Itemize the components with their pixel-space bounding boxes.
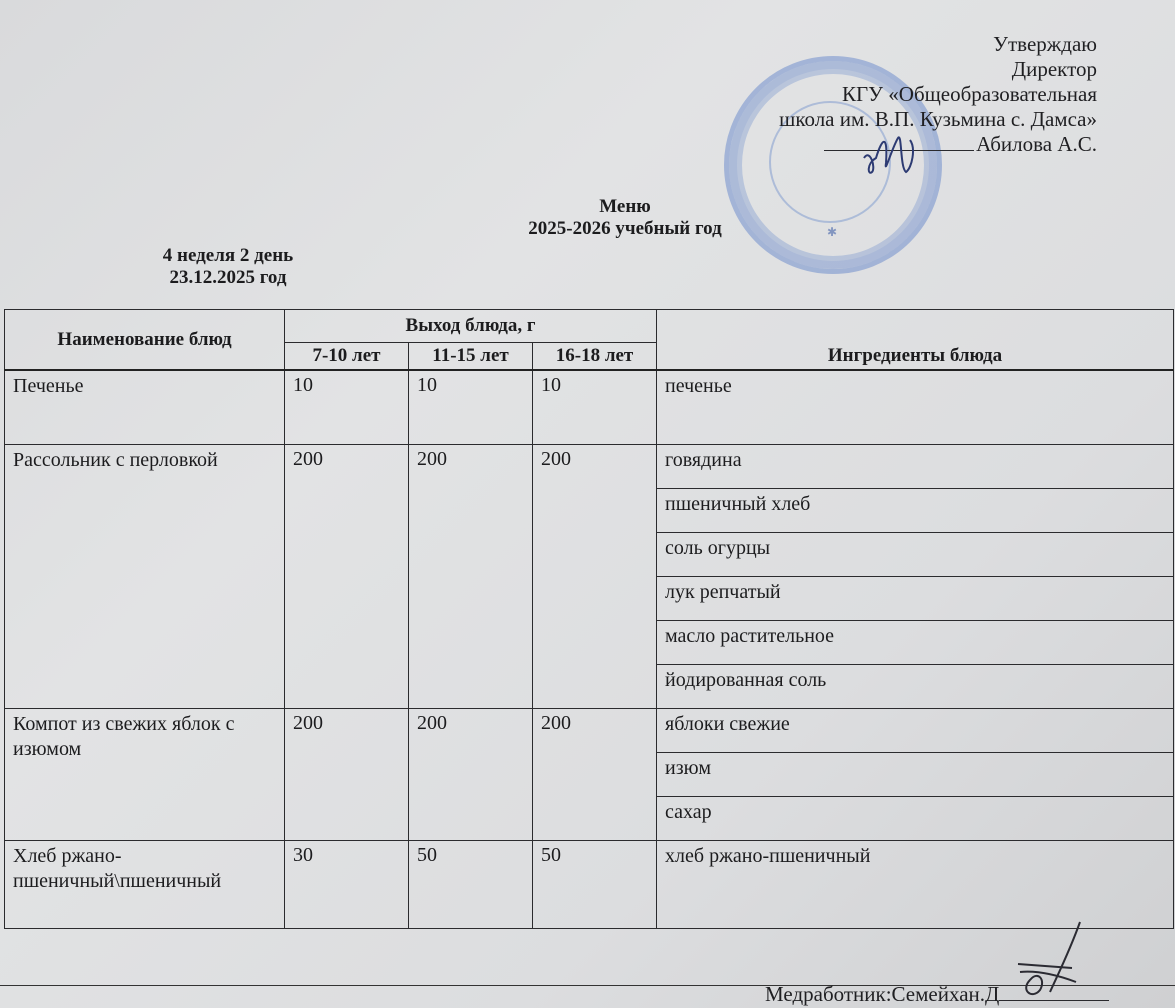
header-yield: Выход блюда, г <box>285 310 657 343</box>
approval-school: школа им. В.П. Кузьмина с. Дамса» <box>779 107 1097 132</box>
medic-signature-line <box>999 986 1109 1001</box>
dish-name: Рассольник с перловкой <box>5 445 285 709</box>
header-age-16-18: 16-18 лет <box>533 343 657 371</box>
ingredient-item: говядина <box>657 445 1174 489</box>
ingredient-item: пшеничный хлеб <box>657 489 1174 533</box>
medic-name: Медработник:Семейхан.Д <box>765 982 999 1006</box>
dish-name: Компот из свежих яблок с изюмом <box>5 709 285 841</box>
menu-date: 23.12.2025 год <box>112 267 344 289</box>
ingredient-item: яблоки свежие <box>657 709 1174 753</box>
week-day: 4 неделя 2 день <box>112 245 344 267</box>
header-dish: Наименование блюд <box>5 310 285 371</box>
yield-11-15: 10 <box>409 370 533 445</box>
yield-7-10: 30 <box>285 841 409 929</box>
academic-year: 2025-2026 учебный год <box>480 218 770 240</box>
yield-11-15: 200 <box>409 445 533 709</box>
dish-name: Печенье <box>5 370 285 445</box>
menu-heading: Меню <box>480 196 770 218</box>
director-signature <box>862 128 922 178</box>
document-title: Меню 2025-2026 учебный год <box>480 196 770 240</box>
yield-7-10: 200 <box>285 445 409 709</box>
approval-block: Утверждаю Директор КГУ «Общеобразователь… <box>779 32 1097 157</box>
table-row: Печенье101010печенье <box>5 370 1174 445</box>
approval-line2: Директор <box>779 57 1097 82</box>
yield-16-18: 50 <box>533 841 657 929</box>
day-info: 4 неделя 2 день 23.12.2025 год <box>112 245 344 289</box>
menu-table-body: Печенье101010печеньеРассольник с перловк… <box>5 370 1174 929</box>
ingredient-item: лук репчатый <box>657 577 1174 621</box>
yield-11-15: 50 <box>409 841 533 929</box>
yield-7-10: 200 <box>285 709 409 841</box>
header-age-7-10: 7-10 лет <box>285 343 409 371</box>
stamp-star-icon: ✱ <box>827 225 837 240</box>
ingredient-item: йодированная соль <box>657 665 1174 709</box>
yield-16-18: 200 <box>533 445 657 709</box>
yield-7-10: 10 <box>285 370 409 445</box>
table-row: Хлеб ржано-пшеничный\пшеничный305050хлеб… <box>5 841 1174 929</box>
yield-11-15: 200 <box>409 709 533 841</box>
ingredient-item: изюм <box>657 753 1174 797</box>
ingredient-item: хлеб ржано-пшеничный <box>657 841 1174 929</box>
yield-16-18: 10 <box>533 370 657 445</box>
ingredient-item: масло растительное <box>657 621 1174 665</box>
dish-name: Хлеб ржано-пшеничный\пшеничный <box>5 841 285 929</box>
ingredient-item: соль огурцы <box>657 533 1174 577</box>
header-ingredients: Ингредиенты блюда <box>657 310 1174 371</box>
approval-signer: Абилова А.С. <box>976 132 1097 156</box>
approval-line1: Утверждаю <box>779 32 1097 57</box>
yield-16-18: 200 <box>533 709 657 841</box>
ingredient-item: сахар <box>657 797 1174 841</box>
table-row: Компот из свежих яблок с изюмом200200200… <box>5 709 1174 753</box>
medic-signoff: Медработник:Семейхан.Д <box>765 982 1109 1007</box>
approval-signature-row: Абилова А.С. <box>779 132 1097 157</box>
ingredient-item: печенье <box>657 370 1174 445</box>
approval-org: КГУ «Общеобразовательная <box>779 82 1097 107</box>
menu-table: Наименование блюд Выход блюда, г Ингреди… <box>4 309 1174 929</box>
header-age-11-15: 11-15 лет <box>409 343 533 371</box>
table-row: Рассольник с перловкой200200200говядина <box>5 445 1174 489</box>
